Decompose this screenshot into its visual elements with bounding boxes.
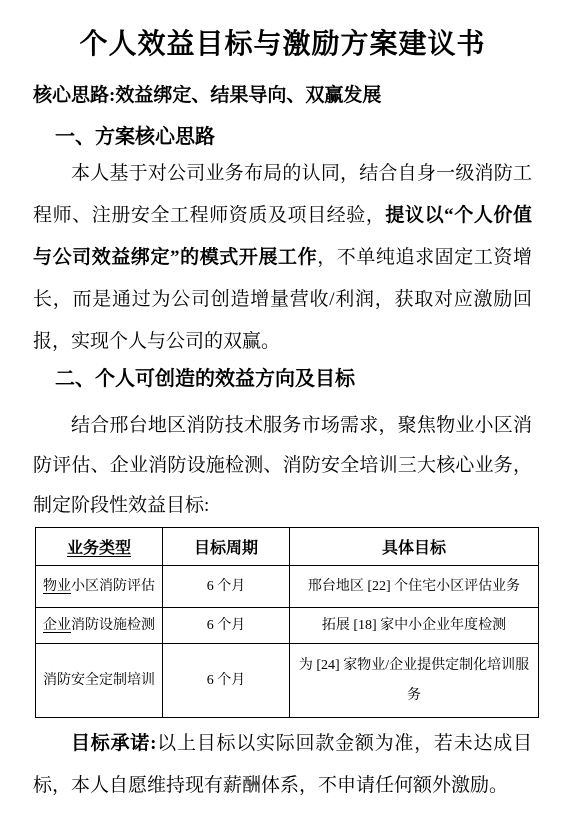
cell-specific-goal: 为 [24] 家物业/企业提供定制化培训服务 (290, 644, 539, 718)
cell-specific-goal: 拓展 [18] 家中小企业年度检测 (290, 608, 539, 644)
cell-business-type: 物业小区消防评估 (36, 566, 163, 608)
cell-target-period: 6 个月 (163, 566, 290, 608)
document-page: 个人效益目标与激励方案建议书 核心思路:效益绑定、结果导向、双赢发展 一、方案核… (0, 0, 562, 829)
goals-table: 业务类型 目标周期 具体目标 物业小区消防评估 6 个月 邢台地区 [22] 个… (35, 527, 539, 718)
table-row: 消防安全定制培训 6 个月 为 [24] 家物业/企业提供定制化培训服务 (36, 644, 539, 718)
cell-specific-goal: 邢台地区 [22] 个住宅小区评估业务 (290, 566, 539, 608)
table-row: 企业消防设施检测 6 个月 拓展 [18] 家中小企业年度检测 (36, 608, 539, 644)
cell-target-period: 6 个月 (163, 608, 290, 644)
commitment-label: 目标承诺: (71, 733, 156, 754)
cell-business-rest: 消防安全定制培训 (43, 673, 155, 688)
cell-business-rest: 消防设施检测 (71, 618, 155, 633)
section-1-paragraph: 本人基于对公司业务布局的认同，结合自身一级消防工程师、注册安全工程师资质及项目经… (33, 153, 532, 363)
cell-business-underlined: 企业 (43, 618, 71, 633)
section-2-paragraph: 结合邢台地区消防技术服务市场需求，聚焦物业小区消防评估、企业消防设施检测、消防安… (33, 406, 532, 526)
section-2-heading: 二、个人可创造的效益方向及目标 (33, 365, 532, 393)
cell-target-period: 6 个月 (163, 644, 290, 718)
cell-business-rest: 小区消防评估 (71, 579, 155, 594)
header-target-period: 目标周期 (163, 528, 290, 566)
table-header-row: 业务类型 目标周期 具体目标 (36, 528, 539, 566)
header-business-type-label: 业务类型 (67, 540, 131, 557)
cell-business-type: 消防安全定制培训 (36, 644, 163, 718)
core-idea-line: 核心思路:效益绑定、结果导向、双赢发展 (33, 83, 532, 109)
cell-business-type: 企业消防设施检测 (36, 608, 163, 644)
table-row: 物业小区消防评估 6 个月 邢台地区 [22] 个住宅小区评估业务 (36, 566, 539, 608)
document-title: 个人效益目标与激励方案建议书 (33, 26, 532, 64)
section-1-heading: 一、方案核心思路 (33, 123, 532, 151)
header-business-type: 业务类型 (36, 528, 163, 566)
header-specific-goal: 具体目标 (290, 528, 539, 566)
commitment-paragraph: 目标承诺:以上目标以实际回款金额为准，若未达成目标，本人自愿维持现有薪酬体系，不… (33, 723, 532, 807)
cell-business-underlined: 物业 (43, 579, 71, 594)
